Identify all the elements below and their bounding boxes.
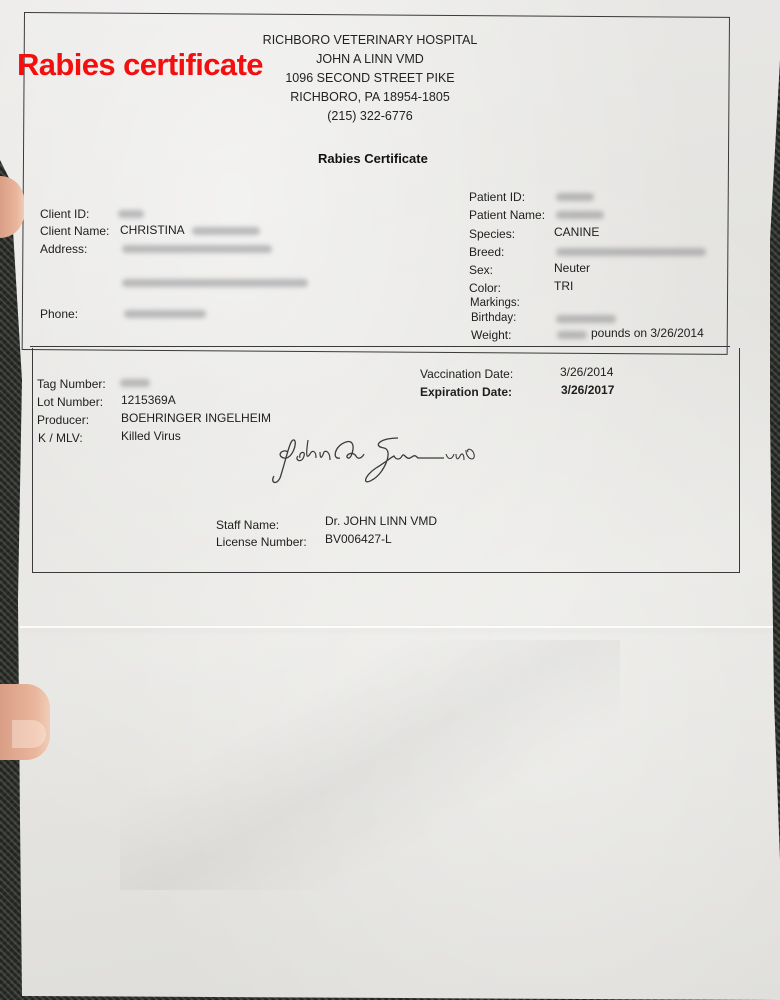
species-label: Species: xyxy=(469,227,515,241)
vaccination-date-value: 3/26/2014 xyxy=(560,365,613,379)
kmlv-value: Killed Virus xyxy=(121,429,181,443)
species-value: CANINE xyxy=(554,225,599,239)
weight-suffix: pounds on 3/26/2014 xyxy=(591,326,704,340)
patient-id-label: Patient ID: xyxy=(469,190,525,204)
address-line-2-redacted xyxy=(122,279,308,287)
breed-redacted xyxy=(556,248,706,256)
staff-name-label: Staff Name: xyxy=(216,518,279,532)
license-number-value: BV006427-L xyxy=(325,532,392,546)
patient-name-label: Patient Name: xyxy=(469,208,545,222)
client-name-value: CHRISTINA xyxy=(120,223,185,237)
color-value: TRI xyxy=(554,279,573,293)
expiration-date-label: Expiration Date: xyxy=(420,385,512,399)
license-number-label: License Number: xyxy=(216,535,307,549)
address-line-1-redacted xyxy=(122,245,272,253)
thumb-bottom xyxy=(0,684,50,760)
tag-number-label: Tag Number: xyxy=(37,377,106,391)
expiration-date-value: 3/26/2017 xyxy=(561,383,614,397)
staff-name-value: Dr. JOHN LINN VMD xyxy=(325,514,437,528)
hospital-name: RICHBORO VETERINARY HOSPITAL xyxy=(250,31,490,50)
vaccination-date-label: Vaccination Date: xyxy=(420,367,513,381)
paper-sheet: RICHBORO VETERINARY HOSPITAL JOHN A LINN… xyxy=(0,0,780,1000)
client-id-label: Client ID: xyxy=(40,207,89,221)
client-id-redacted xyxy=(118,210,144,218)
client-surname-redacted xyxy=(192,227,260,235)
markings-label: Markings: xyxy=(470,297,520,309)
phone-label: Phone: xyxy=(40,307,78,321)
patient-name-redacted xyxy=(556,211,604,219)
producer-label: Producer: xyxy=(37,413,89,427)
client-name-label: Client Name: xyxy=(40,224,109,238)
hospital-city: RICHBORO, PA 18954-1805 xyxy=(250,88,490,107)
birthday-label: Birthday: xyxy=(471,312,516,324)
hospital-street: 1096 SECOND STREET PIKE xyxy=(250,69,490,88)
overlay-caption: Rabies certificate xyxy=(17,47,263,83)
document-title: Rabies Certificate xyxy=(318,151,428,166)
lot-number-label: Lot Number: xyxy=(37,395,103,409)
weight-redacted xyxy=(557,331,587,339)
paper-fold xyxy=(20,626,780,628)
producer-value: BOEHRINGER INGELHEIM xyxy=(121,411,271,425)
patient-id-redacted xyxy=(556,193,594,201)
color-label: Color: xyxy=(469,281,501,295)
hospital-header: RICHBORO VETERINARY HOSPITAL JOHN A LINN… xyxy=(250,31,490,126)
tag-number-redacted xyxy=(120,379,150,387)
hospital-doctor: JOHN A LINN VMD xyxy=(250,50,490,69)
signature-image xyxy=(268,430,488,490)
thumbnail xyxy=(12,720,46,748)
kmlv-label: K / MLV: xyxy=(38,431,83,445)
breed-label: Breed: xyxy=(469,245,504,259)
hospital-phone: (215) 322-6776 xyxy=(250,107,490,126)
paper-crease-shadow xyxy=(120,640,620,890)
weight-label: Weight: xyxy=(471,328,511,342)
sex-value: Neuter xyxy=(554,261,590,275)
phone-redacted xyxy=(124,310,206,318)
section-divider xyxy=(30,346,730,347)
address-label: Address: xyxy=(40,242,87,256)
sex-label: Sex: xyxy=(469,263,493,277)
lot-number-value: 1215369A xyxy=(121,393,176,407)
birthday-redacted xyxy=(556,315,616,323)
